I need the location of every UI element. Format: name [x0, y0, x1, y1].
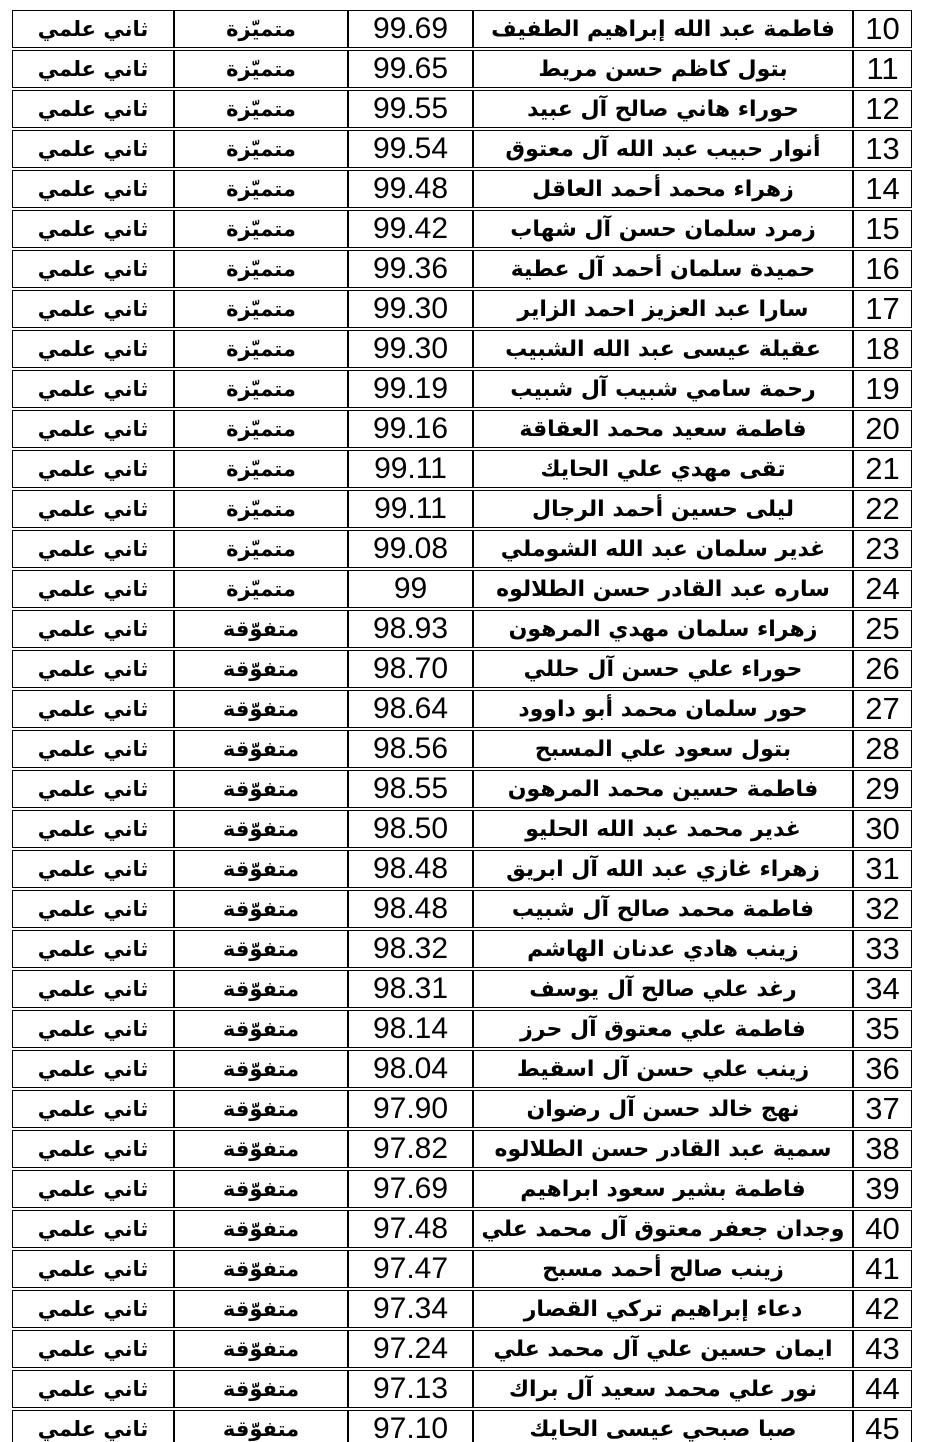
student-name-cell: زينب هادي عدنان الهاشم — [473, 930, 853, 968]
rank-number-cell: 30 — [853, 810, 912, 848]
rank-number-cell: 39 — [853, 1170, 912, 1208]
score-cell: 99.48 — [348, 170, 473, 208]
student-name-cell: رحمة سامي شبيب آل شبيب — [473, 370, 853, 408]
rank-number-cell: 11 — [853, 50, 912, 88]
score-cell: 98.50 — [348, 810, 473, 848]
grade-level-cell: ثاني علمي — [12, 1410, 174, 1442]
score-cell: 99.42 — [348, 210, 473, 248]
grade-level-cell: ثاني علمي — [12, 90, 174, 128]
achievement-category-cell: متفوّقة — [174, 1210, 348, 1248]
rank-number-cell: 27 — [853, 690, 912, 728]
student-name-cell: صبا صبحي عيسى الحايك — [473, 1410, 853, 1442]
score-cell: 99 — [348, 570, 473, 608]
rank-number-cell: 36 — [853, 1050, 912, 1088]
student-name-cell: ايمان حسين علي آل محمد علي — [473, 1330, 853, 1368]
achievement-category-cell: متميّزة — [174, 210, 348, 248]
rank-number-cell: 37 — [853, 1090, 912, 1128]
table-row: 13 أنوار حبيب عبد الله آل معتوق 99.54 مت… — [12, 130, 912, 168]
score-cell: 97.47 — [348, 1250, 473, 1288]
table-row: 23 غدير سلمان عبد الله الشوملي 99.08 متم… — [12, 530, 912, 568]
table-row: 26 حوراء علي حسن آل حللي 98.70 متفوّقة ث… — [12, 650, 912, 688]
table-row: 34 رغد علي صالح آل يوسف 98.31 متفوّقة ثا… — [12, 970, 912, 1008]
table-row: 35 فاطمة علي معتوق آل حرز 98.14 متفوّقة … — [12, 1010, 912, 1048]
score-cell: 97.34 — [348, 1290, 473, 1328]
table-row: 14 زهراء محمد أحمد العاقل 99.48 متميّزة … — [12, 170, 912, 208]
score-cell: 99.11 — [348, 490, 473, 528]
table-row: 38 سمية عبد القادر حسن الطلالوه 97.82 مت… — [12, 1130, 912, 1168]
table-row: 40 وجدان جعفر معتوق آل محمد علي 97.48 مت… — [12, 1210, 912, 1248]
grade-level-cell: ثاني علمي — [12, 810, 174, 848]
grade-level-cell: ثاني علمي — [12, 50, 174, 88]
table-row: 42 دعاء إبراهيم تركي القصار 97.34 متفوّق… — [12, 1290, 912, 1328]
achievement-category-cell: متفوّقة — [174, 730, 348, 768]
table-row: 27 حور سلمان محمد أبو داوود 98.64 متفوّق… — [12, 690, 912, 728]
rank-number-cell: 21 — [853, 450, 912, 488]
score-cell: 98.48 — [348, 890, 473, 928]
score-cell: 98.48 — [348, 850, 473, 888]
achievement-category-cell: متفوّقة — [174, 1050, 348, 1088]
score-cell: 98.64 — [348, 690, 473, 728]
grade-level-cell: ثاني علمي — [12, 610, 174, 648]
table-row: 44 نور علي محمد سعيد آل براك 97.13 متفوّ… — [12, 1370, 912, 1408]
student-name-cell: حوراء علي حسن آل حللي — [473, 650, 853, 688]
achievement-category-cell: متفوّقة — [174, 1370, 348, 1408]
student-name-cell: زهراء محمد أحمد العاقل — [473, 170, 853, 208]
results-page: 10 فاطمة عبد الله إبراهيم الطفيف 99.69 م… — [0, 0, 927, 1442]
rank-number-cell: 43 — [853, 1330, 912, 1368]
score-cell: 98.56 — [348, 730, 473, 768]
rank-number-cell: 18 — [853, 330, 912, 368]
student-name-cell: سارا عبد العزيز احمد الزاير — [473, 290, 853, 328]
rank-number-cell: 17 — [853, 290, 912, 328]
table-row: 33 زينب هادي عدنان الهاشم 98.32 متفوّقة … — [12, 930, 912, 968]
grade-level-cell: ثاني علمي — [12, 410, 174, 448]
student-results-table: 10 فاطمة عبد الله إبراهيم الطفيف 99.69 م… — [12, 8, 912, 1442]
rank-number-cell: 44 — [853, 1370, 912, 1408]
table-row: 20 فاطمة سعيد محمد العقاقة 99.16 متميّزة… — [12, 410, 912, 448]
achievement-category-cell: متميّزة — [174, 130, 348, 168]
achievement-category-cell: متميّزة — [174, 90, 348, 128]
grade-level-cell: ثاني علمي — [12, 130, 174, 168]
score-cell: 98.31 — [348, 970, 473, 1008]
grade-level-cell: ثاني علمي — [12, 730, 174, 768]
rank-number-cell: 41 — [853, 1250, 912, 1288]
rank-number-cell: 29 — [853, 770, 912, 808]
score-cell: 99.30 — [348, 330, 473, 368]
achievement-category-cell: متميّزة — [174, 250, 348, 288]
achievement-category-cell: متفوّقة — [174, 1330, 348, 1368]
achievement-category-cell: متفوّقة — [174, 770, 348, 808]
grade-level-cell: ثاني علمي — [12, 650, 174, 688]
grade-level-cell: ثاني علمي — [12, 1330, 174, 1368]
achievement-category-cell: متفوّقة — [174, 1130, 348, 1168]
rank-number-cell: 33 — [853, 930, 912, 968]
achievement-category-cell: متميّزة — [174, 330, 348, 368]
achievement-category-cell: متفوّقة — [174, 970, 348, 1008]
student-name-cell: دعاء إبراهيم تركي القصار — [473, 1290, 853, 1328]
student-name-cell: حور سلمان محمد أبو داوود — [473, 690, 853, 728]
rank-number-cell: 34 — [853, 970, 912, 1008]
rank-number-cell: 26 — [853, 650, 912, 688]
grade-level-cell: ثاني علمي — [12, 1090, 174, 1128]
rank-number-cell: 15 — [853, 210, 912, 248]
grade-level-cell: ثاني علمي — [12, 1050, 174, 1088]
rank-number-cell: 12 — [853, 90, 912, 128]
grade-level-cell: ثاني علمي — [12, 490, 174, 528]
score-cell: 99.08 — [348, 530, 473, 568]
grade-level-cell: ثاني علمي — [12, 290, 174, 328]
student-name-cell: عقيلة عيسى عبد الله الشبيب — [473, 330, 853, 368]
table-row: 31 زهراء غازي عبد الله آل ابريق 98.48 مت… — [12, 850, 912, 888]
table-row: 41 زينب صالح أحمد مسبح 97.47 متفوّقة ثان… — [12, 1250, 912, 1288]
student-name-cell: تقى مهدي علي الحايك — [473, 450, 853, 488]
achievement-category-cell: متميّزة — [174, 410, 348, 448]
table-row: 18 عقيلة عيسى عبد الله الشبيب 99.30 متمي… — [12, 330, 912, 368]
rank-number-cell: 19 — [853, 370, 912, 408]
table-row: 25 زهراء سلمان مهدي المرهون 98.93 متفوّق… — [12, 610, 912, 648]
grade-level-cell: ثاني علمي — [12, 210, 174, 248]
grade-level-cell: ثاني علمي — [12, 530, 174, 568]
score-cell: 98.70 — [348, 650, 473, 688]
score-cell: 97.10 — [348, 1410, 473, 1442]
grade-level-cell: ثاني علمي — [12, 450, 174, 488]
achievement-category-cell: متميّزة — [174, 530, 348, 568]
grade-level-cell: ثاني علمي — [12, 1170, 174, 1208]
table-row: 43 ايمان حسين علي آل محمد علي 97.24 متفو… — [12, 1330, 912, 1368]
rank-number-cell: 20 — [853, 410, 912, 448]
rank-number-cell: 35 — [853, 1010, 912, 1048]
grade-level-cell: ثاني علمي — [12, 1290, 174, 1328]
score-cell: 99.19 — [348, 370, 473, 408]
student-name-cell: فاطمة حسين محمد المرهون — [473, 770, 853, 808]
grade-level-cell: ثاني علمي — [12, 690, 174, 728]
score-cell: 99.55 — [348, 90, 473, 128]
achievement-category-cell: متفوّقة — [174, 1250, 348, 1288]
rank-number-cell: 13 — [853, 130, 912, 168]
score-cell: 98.55 — [348, 770, 473, 808]
score-cell: 99.11 — [348, 450, 473, 488]
table-row: 29 فاطمة حسين محمد المرهون 98.55 متفوّقة… — [12, 770, 912, 808]
achievement-category-cell: متفوّقة — [174, 930, 348, 968]
score-cell: 98.32 — [348, 930, 473, 968]
rank-number-cell: 16 — [853, 250, 912, 288]
grade-level-cell: ثاني علمي — [12, 1010, 174, 1048]
achievement-category-cell: متفوّقة — [174, 810, 348, 848]
rank-number-cell: 32 — [853, 890, 912, 928]
table-row: 12 حوراء هاني صالح آل عبيد 99.55 متميّزة… — [12, 90, 912, 128]
achievement-category-cell: متفوّقة — [174, 610, 348, 648]
achievement-category-cell: متفوّقة — [174, 1090, 348, 1128]
achievement-category-cell: متميّزة — [174, 570, 348, 608]
grade-level-cell: ثاني علمي — [12, 330, 174, 368]
student-name-cell: ساره عبد القادر حسن الطلالوه — [473, 570, 853, 608]
achievement-category-cell: متميّزة — [174, 290, 348, 328]
rank-number-cell: 38 — [853, 1130, 912, 1168]
achievement-category-cell: متميّزة — [174, 490, 348, 528]
grade-level-cell: ثاني علمي — [12, 930, 174, 968]
rank-number-cell: 28 — [853, 730, 912, 768]
table-row: 39 فاطمة بشير سعود ابراهيم 97.69 متفوّقة… — [12, 1170, 912, 1208]
results-table-body: 10 فاطمة عبد الله إبراهيم الطفيف 99.69 م… — [12, 10, 912, 1442]
rank-number-cell: 22 — [853, 490, 912, 528]
student-name-cell: نور علي محمد سعيد آل براك — [473, 1370, 853, 1408]
grade-level-cell: ثاني علمي — [12, 570, 174, 608]
table-row: 21 تقى مهدي علي الحايك 99.11 متميّزة ثان… — [12, 450, 912, 488]
rank-number-cell: 45 — [853, 1410, 912, 1442]
rank-number-cell: 24 — [853, 570, 912, 608]
student-name-cell: فاطمة علي معتوق آل حرز — [473, 1010, 853, 1048]
student-name-cell: فاطمة عبد الله إبراهيم الطفيف — [473, 10, 853, 48]
achievement-category-cell: متفوّقة — [174, 890, 348, 928]
grade-level-cell: ثاني علمي — [12, 850, 174, 888]
grade-level-cell: ثاني علمي — [12, 970, 174, 1008]
grade-level-cell: ثاني علمي — [12, 890, 174, 928]
student-name-cell: غدير محمد عبد الله الحليو — [473, 810, 853, 848]
score-cell: 97.48 — [348, 1210, 473, 1248]
student-name-cell: فاطمة محمد صالح آل شبيب — [473, 890, 853, 928]
rank-number-cell: 25 — [853, 610, 912, 648]
achievement-category-cell: متفوّقة — [174, 1410, 348, 1442]
table-row: 32 فاطمة محمد صالح آل شبيب 98.48 متفوّقة… — [12, 890, 912, 928]
achievement-category-cell: متميّزة — [174, 10, 348, 48]
student-name-cell: فاطمة سعيد محمد العقاقة — [473, 410, 853, 448]
table-row: 45 صبا صبحي عيسى الحايك 97.10 متفوّقة ثا… — [12, 1410, 912, 1442]
table-row: 10 فاطمة عبد الله إبراهيم الطفيف 99.69 م… — [12, 10, 912, 48]
student-name-cell: غدير سلمان عبد الله الشوملي — [473, 530, 853, 568]
student-name-cell: زينب صالح أحمد مسبح — [473, 1250, 853, 1288]
achievement-category-cell: متفوّقة — [174, 1170, 348, 1208]
grade-level-cell: ثاني علمي — [12, 1210, 174, 1248]
score-cell: 97.69 — [348, 1170, 473, 1208]
student-name-cell: ليلى حسين أحمد الرجال — [473, 490, 853, 528]
grade-level-cell: ثاني علمي — [12, 370, 174, 408]
score-cell: 99.36 — [348, 250, 473, 288]
achievement-category-cell: متميّزة — [174, 50, 348, 88]
grade-level-cell: ثاني علمي — [12, 250, 174, 288]
student-name-cell: أنوار حبيب عبد الله آل معتوق — [473, 130, 853, 168]
table-row: 37 نهج خالد حسن آل رضوان 97.90 متفوّقة ث… — [12, 1090, 912, 1128]
achievement-category-cell: متميّزة — [174, 370, 348, 408]
grade-level-cell: ثاني علمي — [12, 1370, 174, 1408]
rank-number-cell: 42 — [853, 1290, 912, 1328]
student-name-cell: سمية عبد القادر حسن الطلالوه — [473, 1130, 853, 1168]
rank-number-cell: 40 — [853, 1210, 912, 1248]
student-name-cell: وجدان جعفر معتوق آل محمد علي — [473, 1210, 853, 1248]
achievement-category-cell: متفوّقة — [174, 1010, 348, 1048]
achievement-category-cell: متفوّقة — [174, 850, 348, 888]
table-row: 28 بتول سعود علي المسبح 98.56 متفوّقة ثا… — [12, 730, 912, 768]
achievement-category-cell: متميّزة — [174, 450, 348, 488]
table-row: 24 ساره عبد القادر حسن الطلالوه 99 متميّ… — [12, 570, 912, 608]
table-row: 16 حميدة سلمان أحمد آل عطية 99.36 متميّز… — [12, 250, 912, 288]
table-row: 17 سارا عبد العزيز احمد الزاير 99.30 متم… — [12, 290, 912, 328]
table-row: 36 زينب علي حسن آل اسقيط 98.04 متفوّقة ث… — [12, 1050, 912, 1088]
rank-number-cell: 14 — [853, 170, 912, 208]
achievement-category-cell: متفوّقة — [174, 690, 348, 728]
grade-level-cell: ثاني علمي — [12, 1130, 174, 1168]
student-name-cell: حميدة سلمان أحمد آل عطية — [473, 250, 853, 288]
score-cell: 97.13 — [348, 1370, 473, 1408]
table-row: 30 غدير محمد عبد الله الحليو 98.50 متفوّ… — [12, 810, 912, 848]
rank-number-cell: 31 — [853, 850, 912, 888]
grade-level-cell: ثاني علمي — [12, 770, 174, 808]
student-name-cell: بتول سعود علي المسبح — [473, 730, 853, 768]
student-name-cell: نهج خالد حسن آل رضوان — [473, 1090, 853, 1128]
student-name-cell: حوراء هاني صالح آل عبيد — [473, 90, 853, 128]
score-cell: 98.14 — [348, 1010, 473, 1048]
grade-level-cell: ثاني علمي — [12, 10, 174, 48]
achievement-category-cell: متميّزة — [174, 170, 348, 208]
score-cell: 99.16 — [348, 410, 473, 448]
rank-number-cell: 10 — [853, 10, 912, 48]
student-name-cell: بتول كاظم حسن مريط — [473, 50, 853, 88]
achievement-category-cell: متفوّقة — [174, 650, 348, 688]
score-cell: 99.69 — [348, 10, 473, 48]
score-cell: 99.54 — [348, 130, 473, 168]
table-row: 11 بتول كاظم حسن مريط 99.65 متميّزة ثاني… — [12, 50, 912, 88]
student-name-cell: زمرد سلمان حسن آل شهاب — [473, 210, 853, 248]
score-cell: 99.65 — [348, 50, 473, 88]
grade-level-cell: ثاني علمي — [12, 1250, 174, 1288]
student-name-cell: زينب علي حسن آل اسقيط — [473, 1050, 853, 1088]
student-name-cell: فاطمة بشير سعود ابراهيم — [473, 1170, 853, 1208]
score-cell: 97.24 — [348, 1330, 473, 1368]
student-name-cell: رغد علي صالح آل يوسف — [473, 970, 853, 1008]
score-cell: 99.30 — [348, 290, 473, 328]
table-row: 22 ليلى حسين أحمد الرجال 99.11 متميّزة ث… — [12, 490, 912, 528]
student-name-cell: زهراء سلمان مهدي المرهون — [473, 610, 853, 648]
table-row: 19 رحمة سامي شبيب آل شبيب 99.19 متميّزة … — [12, 370, 912, 408]
table-row: 15 زمرد سلمان حسن آل شهاب 99.42 متميّزة … — [12, 210, 912, 248]
achievement-category-cell: متفوّقة — [174, 1290, 348, 1328]
score-cell: 98.04 — [348, 1050, 473, 1088]
grade-level-cell: ثاني علمي — [12, 170, 174, 208]
rank-number-cell: 23 — [853, 530, 912, 568]
score-cell: 97.90 — [348, 1090, 473, 1128]
student-name-cell: زهراء غازي عبد الله آل ابريق — [473, 850, 853, 888]
score-cell: 98.93 — [348, 610, 473, 648]
score-cell: 97.82 — [348, 1130, 473, 1168]
